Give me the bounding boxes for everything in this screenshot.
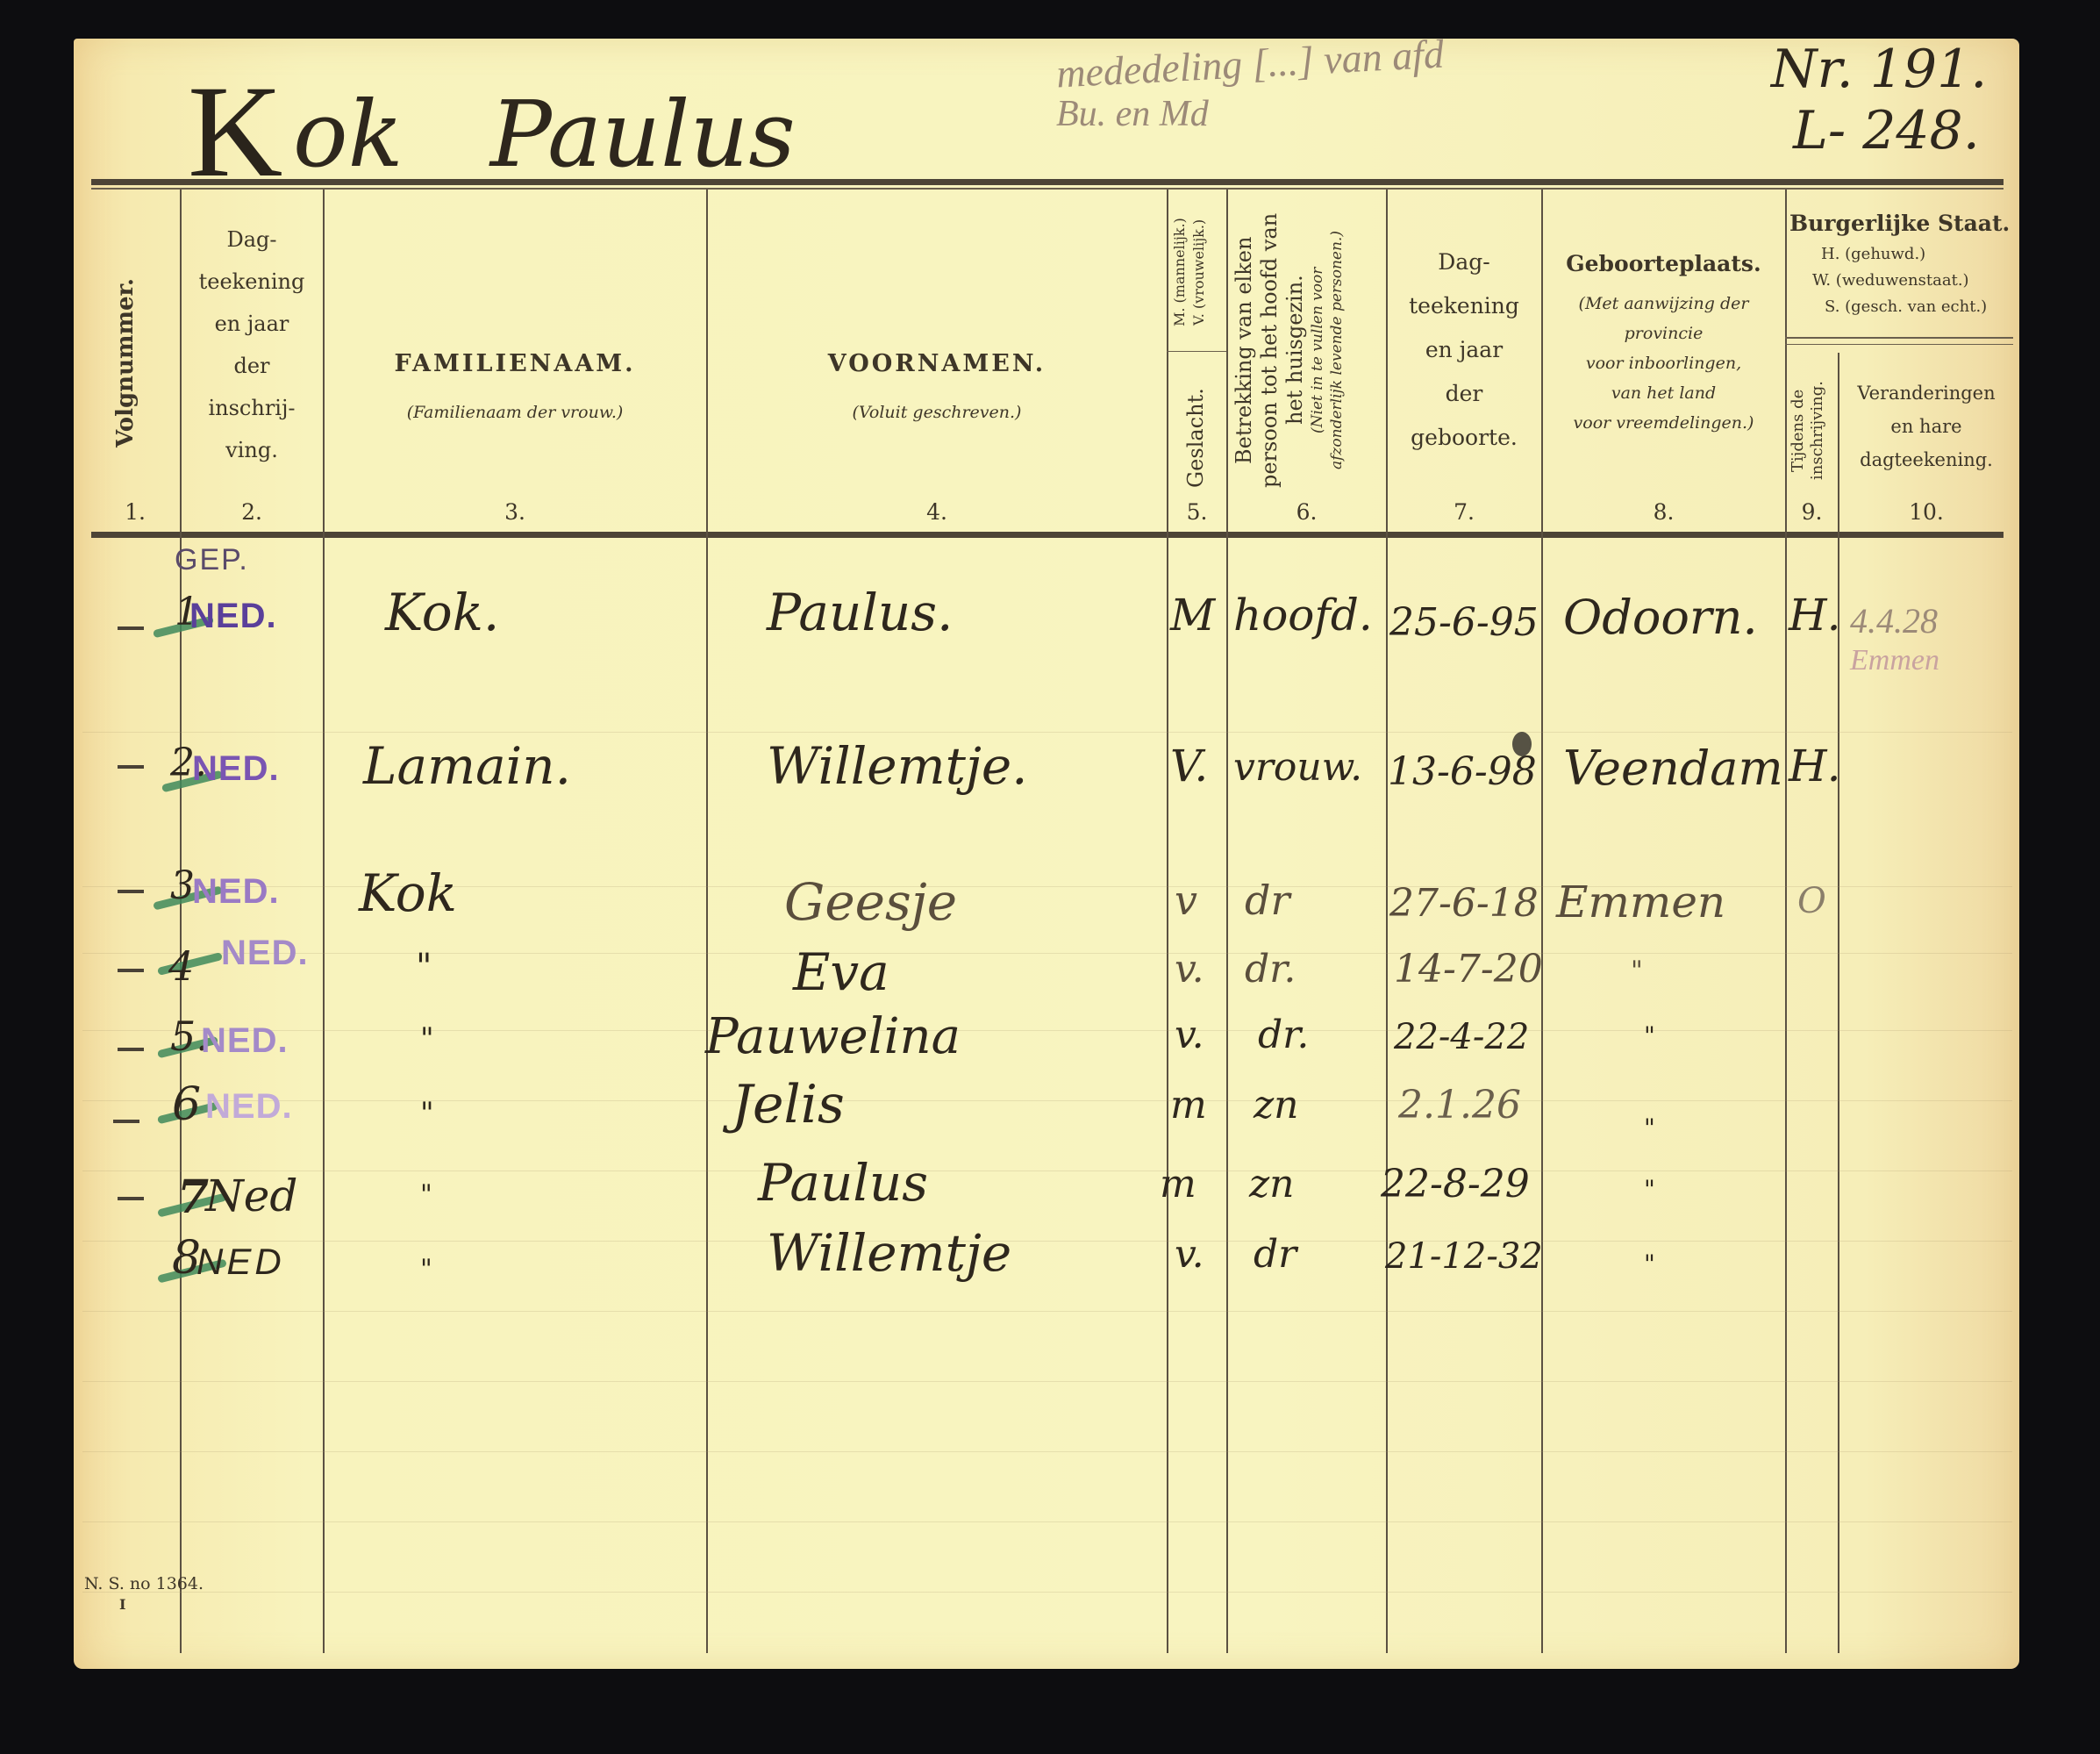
header-geslacht: Geslacht. (1183, 372, 1208, 504)
header-top-rule (91, 179, 2004, 185)
legend-mannelijk: M. (mannelijk.) (1170, 195, 1189, 349)
ink-blot (1512, 732, 1532, 756)
cell-geslacht: m (1170, 1083, 1207, 1128)
cell-geboortedatum: 25-6-95 (1389, 600, 1539, 645)
header-line: persoon tot het hoofd van (1257, 197, 1282, 504)
cell-geboorteplaats: " (1631, 956, 1643, 986)
cell-voornamen: Jelis (732, 1074, 845, 1135)
header-line: inschrijving. (1808, 356, 1827, 505)
col-divider-4 (1167, 190, 1168, 1653)
header-top-rule-thin (91, 188, 2004, 190)
header-line: der (181, 345, 323, 387)
header-line: het huisgezin. (1282, 197, 1308, 504)
header-line: Betrekking van elken (1232, 197, 1257, 504)
cell-staat: O (1797, 881, 1826, 921)
cell-familienaam: " (420, 1179, 432, 1210)
legend-gehuwd: H. (gehuwd.) (1786, 241, 2016, 268)
column-number: 7. (1387, 499, 1541, 525)
ruled-line (82, 953, 2012, 954)
cell-voornamen: Paulus. (767, 583, 953, 642)
cell-geslacht: V. (1170, 741, 1208, 791)
cell-geboorteplaats: " (1644, 1249, 1655, 1278)
ruled-line (82, 1311, 2012, 1312)
row-tick-mark (113, 1120, 139, 1123)
staat-group-rule-2 (1785, 344, 2013, 345)
header-line: en hare (1839, 410, 2014, 443)
header-note: (Niet in te vullen voor (1308, 197, 1327, 504)
ruled-line (82, 1241, 2012, 1242)
header-note: afzonderlijk levende personen.) (1327, 197, 1346, 504)
row-nr: 3 (170, 863, 195, 908)
stamp-ned: NED. (189, 597, 277, 636)
cell-geboorteplaats: Emmen (1556, 877, 1725, 927)
header-line: van het land (1542, 378, 1785, 408)
header-voornamen-label: VOORNAMEN. (707, 346, 1167, 383)
cell-betrekking: dr. (1245, 947, 1296, 992)
card-title: ok Paulus (293, 81, 796, 188)
cell-familienaam: Kok (359, 863, 457, 923)
register-card: K ok Paulus mededeling [...] van afd Bu.… (74, 39, 2019, 1669)
row-nr: 4 (168, 942, 194, 990)
cell-geslacht: v (1175, 877, 1197, 924)
ledger-reference: L- 248. (1793, 100, 1980, 161)
header-line: der (1387, 372, 1541, 416)
pencil-note-line2: Bu. en Md (1056, 93, 1209, 135)
cell-veranderingen: 4.4.28 (1850, 600, 1938, 641)
header-voornamen-sublabel: (Voluit geschreven.) (707, 400, 1167, 426)
row-tick-mark (118, 1197, 144, 1200)
header-geslacht-legend: M. (mannelijk.) V. (vrouwelijk.) (1170, 195, 1209, 349)
header-line: (Met aanwijzing der (1542, 289, 1785, 319)
row-nr: 6 (172, 1078, 201, 1131)
staat-group-rule (1785, 337, 2013, 339)
cell-geboortedatum: 22-4-22 (1394, 1017, 1529, 1057)
header-voornamen: VOORNAMEN. (Voluit geschreven.) (707, 346, 1167, 426)
header-line: Tijdens de (1789, 356, 1808, 505)
cell-voornamen: Geesje (784, 872, 957, 932)
row-tick-mark (118, 626, 144, 630)
header-burgerlijke-staat-label: Burgerlijke Staat. (1786, 207, 2016, 241)
cell-geboortedatum: 22-8-29 (1381, 1162, 1530, 1206)
header-line: en jaar (181, 303, 323, 345)
row-tick-mark (118, 1048, 144, 1051)
header-line: teekening (181, 261, 323, 303)
cell-geboortedatum: 27-6-18 (1389, 881, 1539, 926)
header-line: geboorte. (1387, 416, 1541, 460)
header-line: Dag- (181, 218, 323, 261)
header-line: dagteekening. (1839, 443, 2014, 476)
cell-geboortedatum: 2.1.26 (1398, 1083, 1521, 1128)
ruled-line (82, 1171, 2012, 1171)
cell-betrekking: hoofd. (1233, 590, 1373, 641)
cell-voornamen: Eva (793, 942, 889, 1002)
header-tijdens-inschrijving: Tijdens de inschrijving. (1789, 356, 1827, 505)
cell-betrekking: zn (1254, 1083, 1299, 1128)
col-divider-8 (1785, 190, 1787, 1653)
row-nr: 7 (177, 1171, 209, 1224)
cell-geslacht: M (1170, 590, 1215, 641)
column-number: 10. (1839, 499, 2014, 525)
stamp-ned: NED. (221, 934, 309, 973)
header-familienaam-label: FAMILIENAAM. (324, 346, 706, 383)
stamp-ned-handwritten: NED (196, 1241, 285, 1283)
cell-geslacht: v. (1175, 947, 1204, 992)
legend-weduwenstaat: W. (weduwenstaat.) (1786, 268, 2016, 294)
cell-voornamen: Paulus (758, 1153, 928, 1213)
cell-familienaam: Lamain. (363, 736, 571, 796)
form-number: N. S. no 1364. (84, 1574, 204, 1593)
cell-geboortedatum: 14-7-20 (1394, 947, 1543, 992)
header-dagteekening-geboorte: Dag- teekening en jaar der geboorte. (1387, 240, 1541, 460)
header-geboorteplaats-label: Geboorteplaats. (1542, 247, 1785, 282)
stamp-ned: NED. (201, 1021, 289, 1061)
pencil-note-line1: mededeling [...] van afd (1055, 30, 1445, 97)
stamp-ned: NED. (192, 872, 280, 912)
cell-staat: H. (1789, 741, 1841, 791)
column-number: 8. (1542, 499, 1785, 525)
ruled-line (82, 1381, 2012, 1382)
column-number: 3. (324, 499, 706, 525)
cell-geboorteplaats: Odoorn. (1563, 590, 1758, 645)
cell-betrekking: zn (1249, 1162, 1295, 1206)
header-geboorteplaats: Geboorteplaats. (Met aanwijzing der prov… (1542, 247, 1785, 438)
col-divider-9 (1838, 353, 1839, 1653)
header-line: voor inboorlingen, (1542, 348, 1785, 378)
header-familienaam: FAMILIENAAM. (Familienaam der vrouw.) (324, 346, 706, 426)
column-number: 4. (707, 499, 1167, 525)
cell-voornamen: Pauwelina (705, 1008, 961, 1065)
cell-betrekking: dr. (1258, 1013, 1309, 1057)
row-tick-mark (118, 765, 144, 769)
cell-betrekking: vrouw. (1233, 745, 1362, 790)
header-line: provincie (1542, 319, 1785, 348)
ruled-line (82, 1030, 2012, 1031)
stamp-ned: NED. (192, 749, 280, 789)
header-line: en jaar (1387, 328, 1541, 372)
stamp-gep: GEP. (175, 543, 249, 577)
header-burgerlijke-staat: Burgerlijke Staat. H. (gehuwd.) W. (wedu… (1786, 207, 2016, 320)
header-bottom-rule (91, 532, 2004, 538)
cell-geboorteplaats: " (1644, 1113, 1655, 1142)
legend-gescheiden: S. (gesch. van echt.) (1786, 294, 2016, 320)
column-number: 9. (1786, 499, 1838, 525)
cell-geslacht: v. (1175, 1013, 1204, 1057)
stamp-ned-handwritten: Ned (205, 1171, 297, 1221)
cell-geboorteplaats: " (1644, 1175, 1655, 1204)
cell-familienaam: " (420, 1096, 434, 1131)
card-given-name: Paulus (490, 81, 796, 188)
cell-voornamen: Willemtje. (767, 736, 1028, 796)
geslacht-legend-rule (1167, 351, 1226, 352)
row-tick-mark (118, 890, 144, 893)
cell-geslacht: v. (1175, 1232, 1204, 1277)
cell-geboortedatum: 13-6-98 (1388, 749, 1537, 794)
col-divider-5 (1226, 190, 1228, 1653)
cell-voornamen: Willemtje (767, 1223, 1011, 1283)
ruled-line (82, 1100, 2012, 1101)
column-number: 2. (181, 499, 323, 525)
cell-veranderingen-note: Emmen (1850, 644, 1939, 677)
stamp-ned: NED. (205, 1087, 293, 1127)
card-surname-rest: ok (293, 81, 404, 188)
row-tick-mark (118, 969, 144, 972)
cell-familienaam: " (416, 947, 432, 987)
reference-number: Nr. 191. (1771, 39, 1987, 100)
cell-familienaam: " (420, 1254, 432, 1285)
header-line: inschrij- (181, 387, 323, 429)
header-line: teekening (1387, 284, 1541, 328)
form-sub-number: I (119, 1596, 125, 1613)
column-number: 6. (1227, 499, 1386, 525)
ruled-line (82, 1521, 2012, 1522)
ruled-line (82, 1592, 2012, 1593)
cell-staat: H. (1789, 590, 1841, 641)
header-line: Veranderingen (1839, 376, 2014, 410)
header-familienaam-sublabel: (Familienaam der vrouw.) (324, 400, 706, 426)
header-veranderingen: Veranderingen en hare dagteekening. (1839, 376, 2014, 476)
ruled-line (82, 1451, 2012, 1452)
cell-geslacht: m (1160, 1162, 1196, 1206)
cell-betrekking: dr (1254, 1232, 1296, 1277)
header-line: voor vreemdelingen.) (1542, 408, 1785, 438)
cell-familienaam: " (420, 1021, 434, 1056)
header-line: Dag- (1387, 240, 1541, 284)
header-dagteekening-inschrijving: Dag- teekening en jaar der inschrij- vin… (181, 218, 323, 471)
header-line: ving. (181, 429, 323, 471)
cell-betrekking: dr (1245, 877, 1289, 924)
header-volgnummer: Volgnummer. (112, 258, 139, 469)
column-number: 5. (1168, 499, 1226, 525)
header-betrekking: Betrekking van elken persoon tot het hoo… (1232, 197, 1346, 504)
cell-familienaam: Kok. (385, 583, 499, 642)
header-geboorteplaats-sublabel: (Met aanwijzing der provincie voor inboo… (1542, 289, 1785, 438)
cell-geboorteplaats: Veendam (1563, 741, 1783, 796)
cell-geboortedatum: 21-12-32 (1385, 1236, 1543, 1277)
cell-geboorteplaats: " (1644, 1021, 1655, 1050)
column-number: 1. (91, 499, 179, 525)
ruled-line (82, 732, 2012, 733)
legend-vrouwelijk: V. (vrouwelijk.) (1189, 195, 1209, 349)
